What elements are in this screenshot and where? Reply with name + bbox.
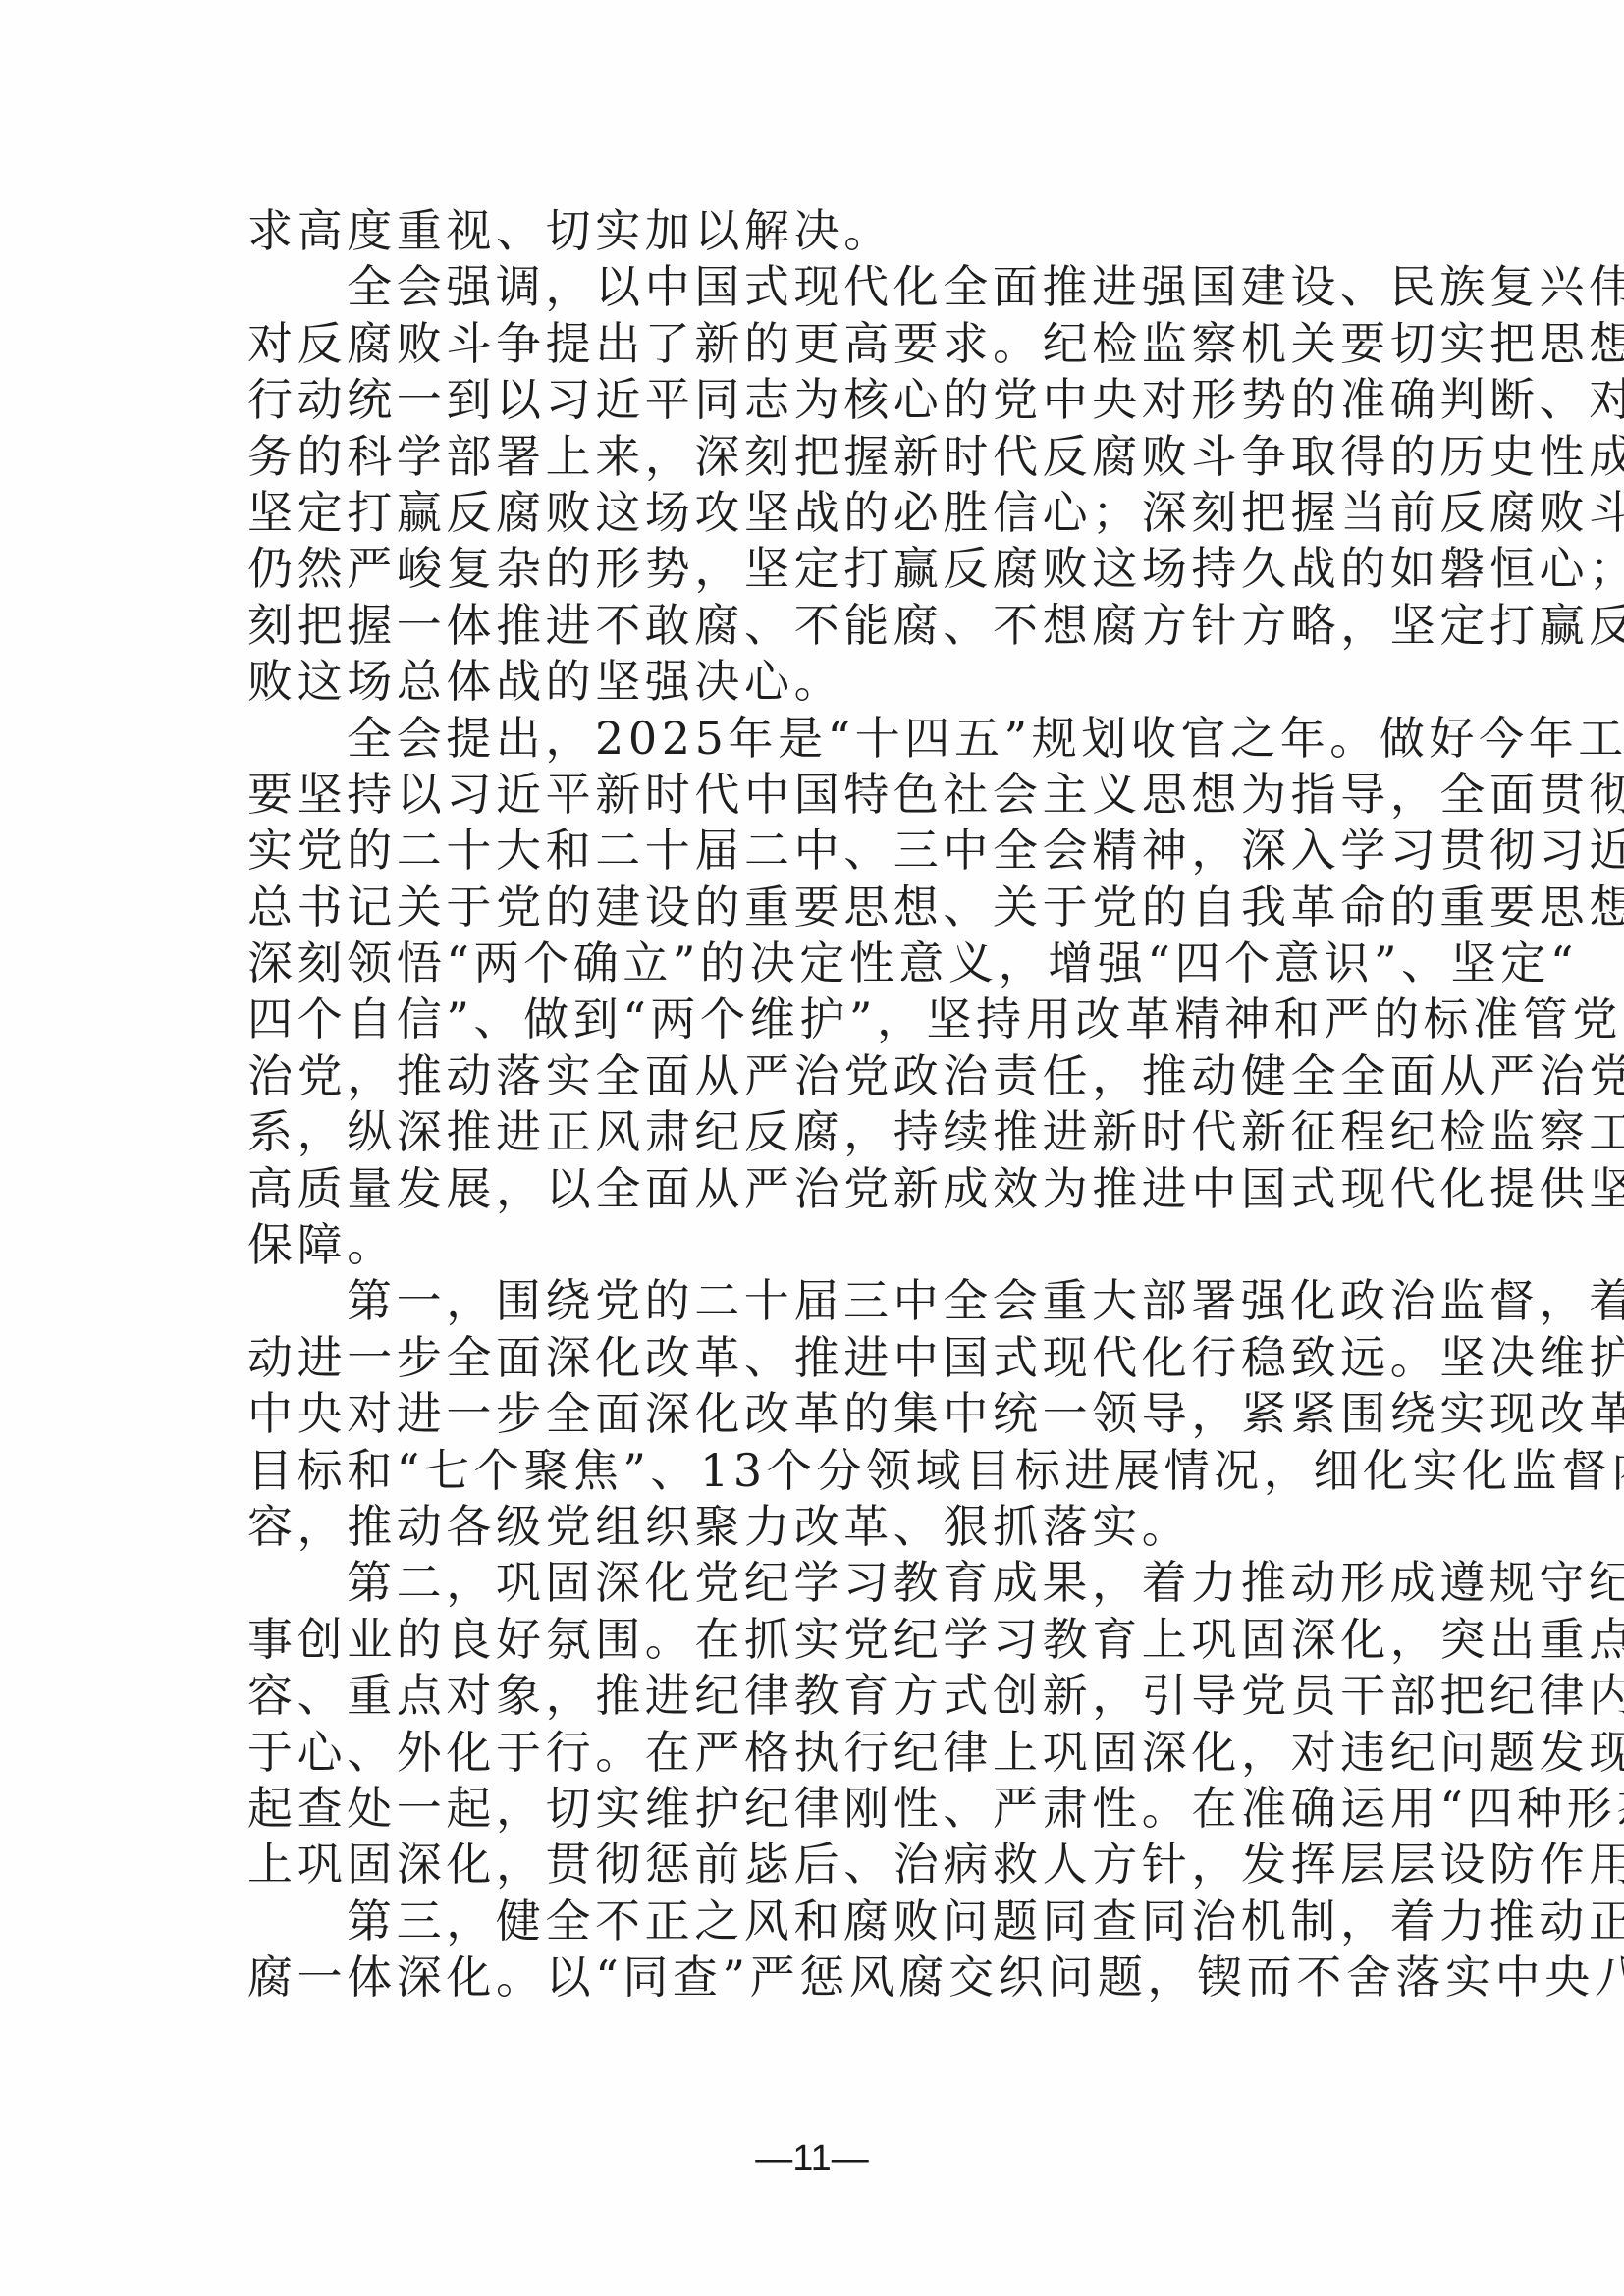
text-line: 总书记关于党的建设的重要思想、关于党的自我革命的重要思想， — [247, 880, 1357, 935]
document-page: 求高度重视、切实加以解决。全会强调，以中国式现代化全面推进强国建设、民族复兴伟业… — [0, 0, 1624, 2296]
body-text: 求高度重视、切实加以解决。全会强调，以中国式现代化全面推进强国建设、民族复兴伟业… — [247, 203, 1357, 2006]
paragraph-first-line: 第二，巩固深化党纪学习教育成果，着力推动形成遵规守纪、干 — [247, 1555, 1357, 1611]
text-line: 坚定打赢反腐败这场攻坚战的必胜信心；深刻把握当前反腐败斗争 — [247, 485, 1357, 541]
text-line: 中央对进一步全面深化改革的集中统一领导，紧紧围绕实现改革总 — [247, 1386, 1357, 1442]
text-line: 事创业的良好氛围。在抓实党纪学习教育上巩固深化，突出重点内 — [247, 1612, 1357, 1668]
text-line: 起查处一起，切实维护纪律刚性、严肃性。在准确运用“四种形态” — [247, 1781, 1357, 1837]
text-line: 四个自信”、做到“两个维护”，坚持用改革精神和严的标准管党 — [247, 991, 1357, 1047]
text-line: 深刻领悟“两个确立”的决定性意义，增强“四个意识”、坚定“ — [247, 935, 1357, 991]
paragraph-first-line: 第三，健全不正之风和腐败问题同查同治机制，着力推动正风反 — [247, 1894, 1357, 1949]
text-line: 实党的二十大和二十届二中、三中全会精神，深入学习贯彻习近平 — [247, 823, 1357, 879]
text-line: 仍然严峻复杂的形势，坚定打赢反腐败这场持久战的如磐恒心；深 — [247, 541, 1357, 597]
text-line: 高质量发展，以全面从严治党新成效为推进中国式现代化提供坚强 — [247, 1161, 1357, 1217]
text-line: 行动统一到以习近平同志为核心的党中央对形势的准确判断、对任 — [247, 372, 1357, 428]
text-line: 务的科学部署上来，深刻把握新时代反腐败斗争取得的历史性成就， — [247, 429, 1357, 485]
text-line: 目标和“七个聚焦”、13个分领域目标进展情况，细化实化监督内 — [247, 1443, 1357, 1499]
text-line: 容，推动各级党组织聚力改革、狠抓落实。 — [247, 1499, 1357, 1555]
page-number: —11— — [0, 2138, 1624, 2180]
text-line: 系，纵深推进正风肃纪反腐，持续推进新时代新征程纪检监察工作 — [247, 1104, 1357, 1160]
text-line: 保障。 — [247, 1217, 1357, 1273]
text-line: 要坚持以习近平新时代中国特色社会主义思想为指导，全面贯彻落 — [247, 767, 1357, 823]
text-line: 败这场总体战的坚强决心。 — [247, 654, 1357, 710]
text-line: 治党，推动落实全面从严治党政治责任，推动健全全面从严治党体 — [247, 1048, 1357, 1104]
text-line: 腐一体深化。以“同查”严惩风腐交织问题，锲而不舍落实中央八 — [247, 1949, 1357, 2005]
text-line: 刻把握一体推进不敢腐、不能腐、不想腐方针方略，坚定打赢反腐 — [247, 598, 1357, 654]
paragraph-first-line: 全会强调，以中国式现代化全面推进强国建设、民族复兴伟业， — [247, 259, 1357, 315]
text-line: 于心、外化于行。在严格执行纪律上巩固深化，对违纪问题发现一 — [247, 1725, 1357, 1781]
paragraph-first-line: 第一，围绕党的二十届三中全会重大部署强化政治监督，着力推 — [247, 1273, 1357, 1329]
text-line: 动进一步全面深化改革、推进中国式现代化行稳致远。坚决维护党 — [247, 1330, 1357, 1386]
text-line: 容、重点对象，推进纪律教育方式创新，引导党员干部把纪律内化 — [247, 1668, 1357, 1724]
text-line: 上巩固深化，贯彻惩前毖后、治病救人方针，发挥层层设防作用。 — [247, 1837, 1357, 1893]
text-line: 求高度重视、切实加以解决。 — [247, 203, 1357, 259]
text-line: 对反腐败斗争提出了新的更高要求。纪检监察机关要切实把思想和 — [247, 316, 1357, 372]
paragraph-first-line: 全会提出，2025年是“十四五”规划收官之年。做好今年工作， — [247, 711, 1357, 767]
